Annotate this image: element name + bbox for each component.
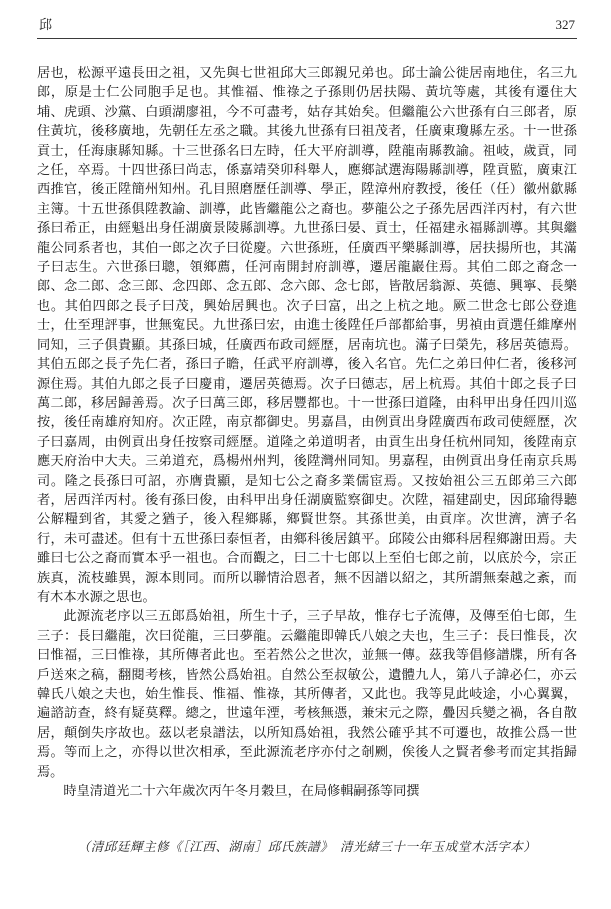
page-number: 327 xyxy=(556,17,576,33)
chapter-title: 邱 xyxy=(39,14,52,33)
paragraph-genealogy-1: 居也，松源平遠長田之祖，又先與七世祖邱大三郎親兄弟也。邱士論公徙居南地住，名三九… xyxy=(37,63,577,606)
document-body: 居也，松源平遠長田之祖，又先與七世祖邱大三郎親兄弟也。邱士論公徙居南地住，名三九… xyxy=(37,63,577,858)
header-rule xyxy=(37,38,577,39)
source-citation: （清邱廷輝主修《［江西、湖南］邱氏族譜》 清光緒三十一年玉成堂木活字本） xyxy=(37,838,577,857)
book-page: 邱 327 居也，松源平遠長田之祖，又先與七世祖邱大三郎親兄弟也。邱士論公徙居南… xyxy=(0,0,611,909)
date-line: 時皇清道光二十六年歲次丙午冬月穀旦，在局修輯嗣孫等同撰 xyxy=(37,781,577,800)
running-head: 邱 327 xyxy=(37,12,577,38)
paragraph-genealogy-2: 此源流老序以三五郎爲始祖，所生十子，三子早故，惟存七子流傳，及傳至伯七郎，生三子… xyxy=(37,606,577,781)
